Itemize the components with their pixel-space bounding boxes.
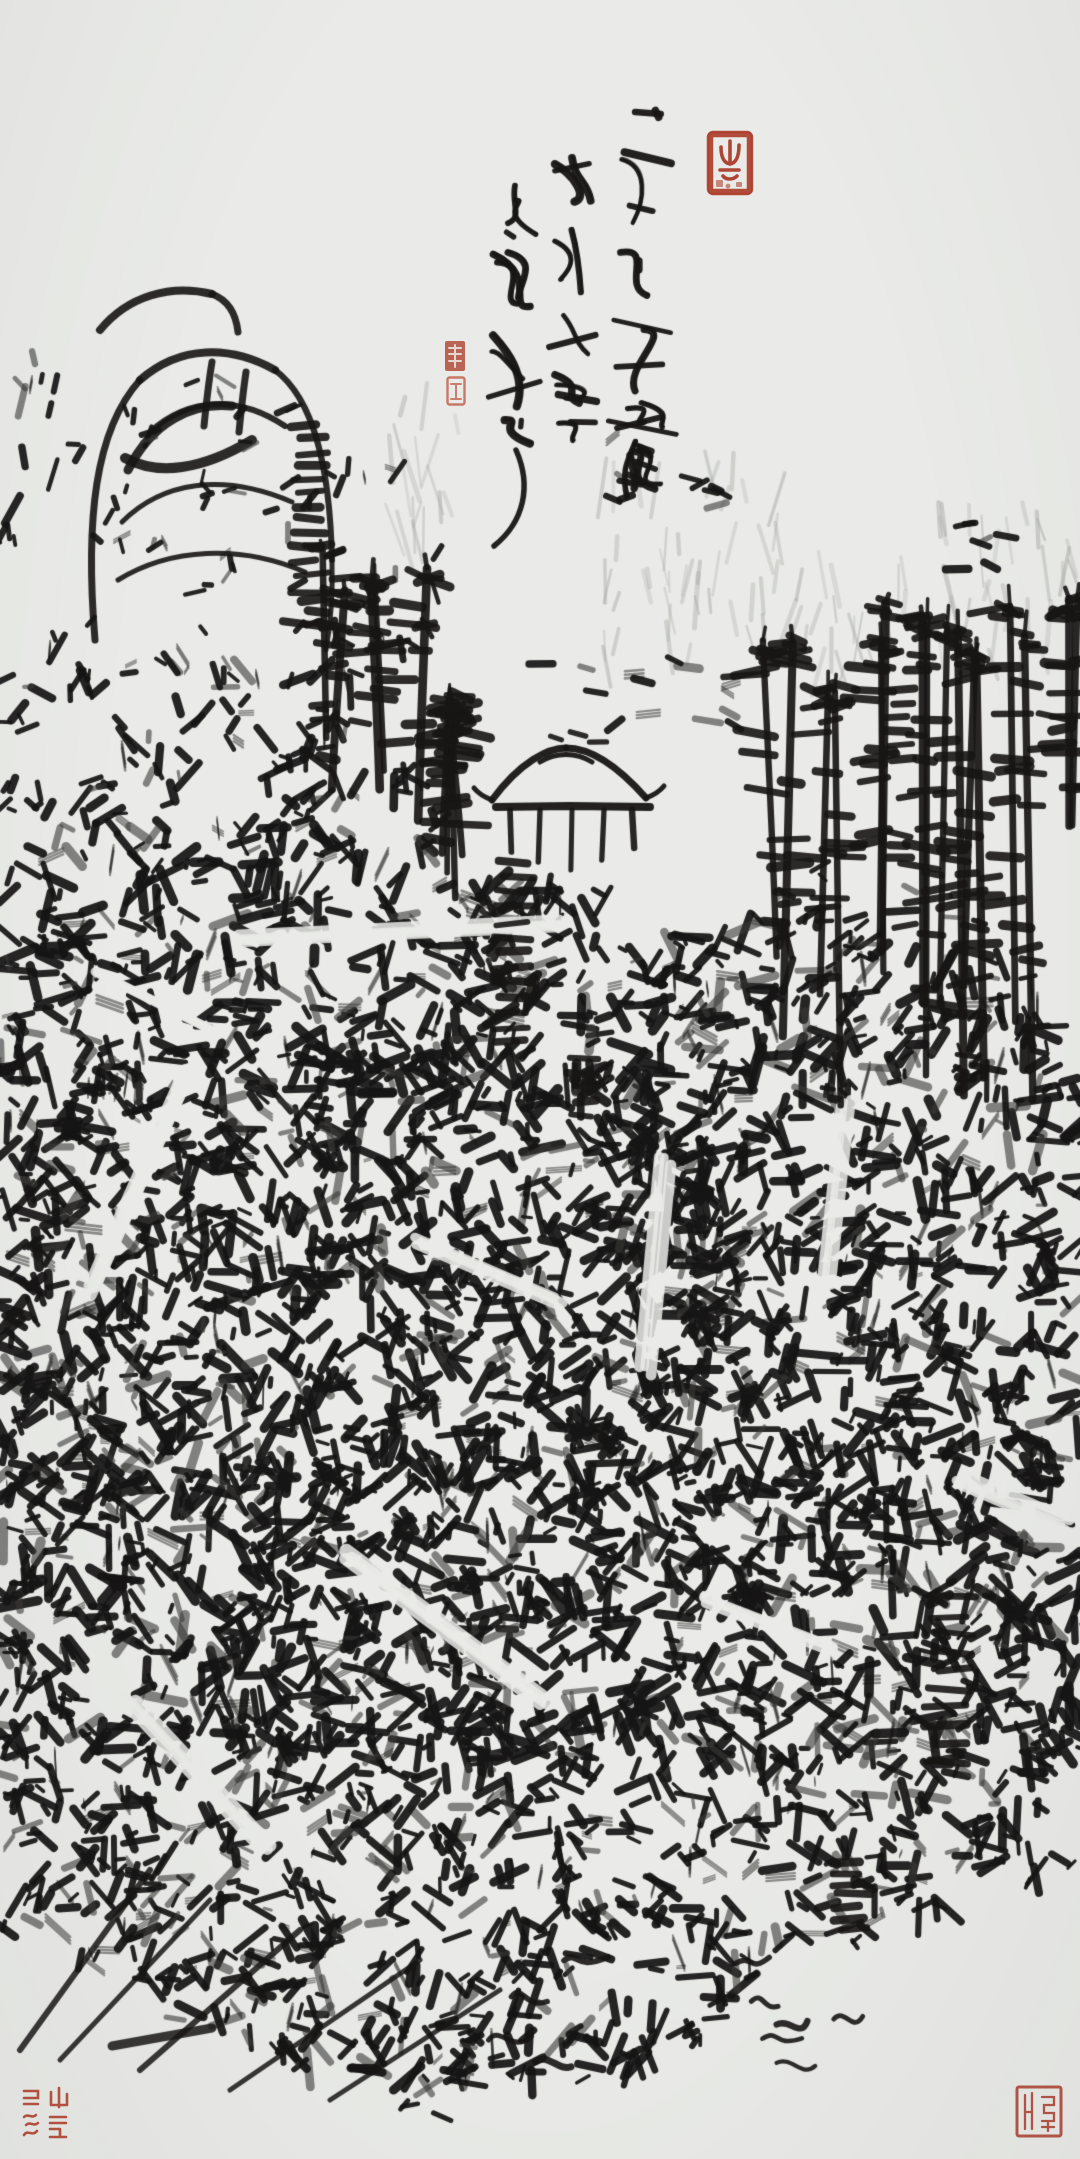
ink-painting-artwork: Chinese ink-on-paper landscape painting …: [0, 0, 1080, 2159]
painting-canvas: [0, 0, 1080, 2159]
